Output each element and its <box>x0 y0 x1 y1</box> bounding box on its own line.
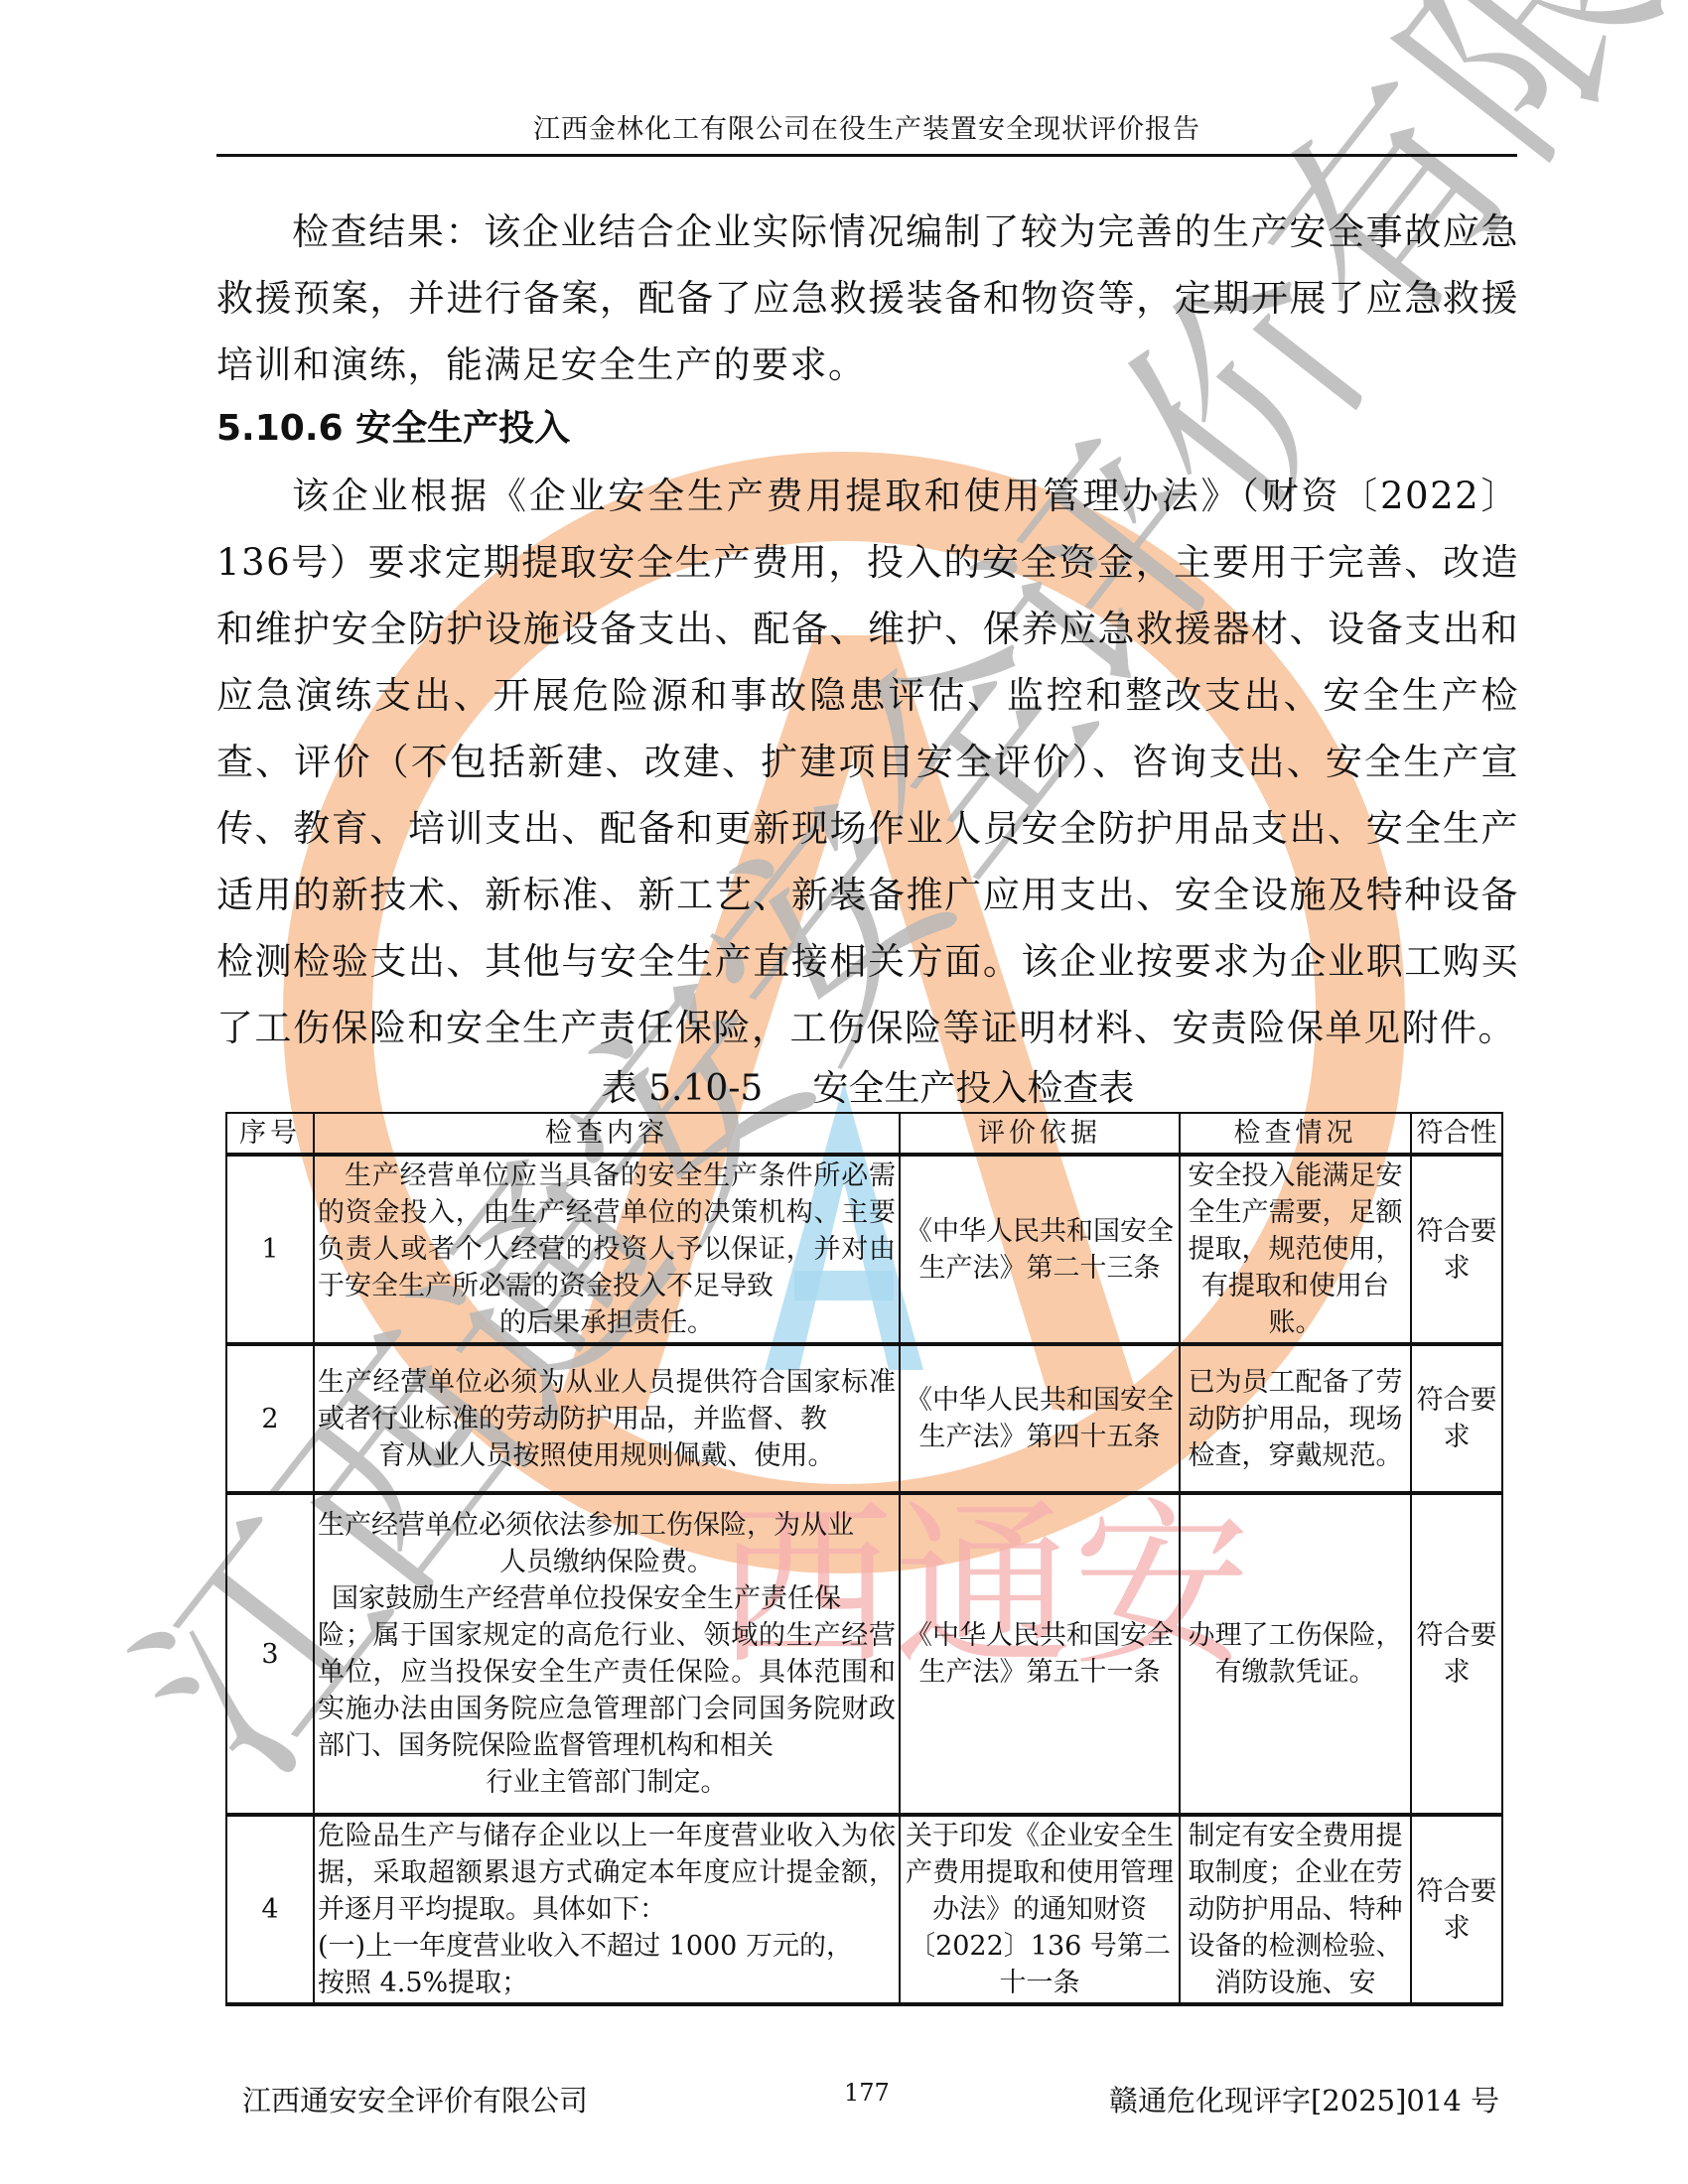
footer-company: 江西通安安全评价有限公司 <box>242 2079 588 2119</box>
row-basis: 《中华人民共和国安全生产法》第五十一条 <box>900 1493 1180 1815</box>
row-status: 制定有安全费用提取制度；企业在劳动防护用品、特种设备的检测检验、消防设施、安 <box>1180 1815 1411 2004</box>
safety-investment-paragraph: 该企业根据《企业安全生产费用提取和使用管理办法》（财资〔2022〕136号）要求… <box>216 463 1519 1061</box>
row-compliance: 符合要求 <box>1411 1155 1502 1344</box>
safety-investment-check-table: 序号 检查内容 评价依据 检查情况 符合性 1 生产经营单位应当具备的安全生产条… <box>225 1112 1503 2006</box>
row-content: 生产经营单位必须为从业人员提供符合国家标准或者行业标准的劳动防护用品，并监督、教… <box>314 1344 900 1493</box>
table-number: 表 5.10-5 <box>602 1068 764 1109</box>
col-header-status: 检查情况 <box>1180 1113 1411 1155</box>
col-header-compliance: 符合性 <box>1411 1113 1502 1155</box>
table-row: 3 生产经营单位必须依法参加工伤保险，为从业 人员缴纳保险费。 国家鼓励生产经营… <box>226 1493 1502 1815</box>
footer-page-number: 177 <box>844 2079 890 2107</box>
row-no: 1 <box>226 1155 314 1344</box>
inspection-result-paragraph: 检查结果：该企业结合企业实际情况编制了较为完善的生产安全事故应急救援预案，并进行… <box>216 199 1519 398</box>
table-row: 1 生产经营单位应当具备的安全生产条件所必需的资金投入，由生产经营单位的决策机构… <box>226 1155 1502 1344</box>
table-caption: 表 5.10-5安全生产投入检查表 <box>216 1060 1519 1111</box>
row-content: 生产经营单位应当具备的安全生产条件所必需的资金投入，由生产经营单位的决策机构、主… <box>314 1155 900 1344</box>
row-basis: 关于印发《企业安全生产费用提取和使用管理办法》的通知财资〔2022〕136 号第… <box>900 1815 1180 2004</box>
footer-report-number: 赣通危化现评字[2025]014 号 <box>1109 2079 1499 2119</box>
row-basis: 《中华人民共和国安全生产法》第四十五条 <box>900 1344 1180 1493</box>
row-basis: 《中华人民共和国安全生产法》第二十三条 <box>900 1155 1180 1344</box>
col-header-content: 检查内容 <box>314 1113 900 1155</box>
row-status: 已为员工配备了劳动防护用品，现场检查，穿戴规范。 <box>1180 1344 1411 1493</box>
table-header-row: 序号 检查内容 评价依据 检查情况 符合性 <box>226 1113 1502 1155</box>
row-no: 2 <box>226 1344 314 1493</box>
table-row: 4 危险品生产与储存企业以上一年度营业收入为依据，采取超额累退方式确定本年度应计… <box>226 1815 1502 2004</box>
row-content: 生产经营单位必须依法参加工伤保险，为从业 人员缴纳保险费。 国家鼓励生产经营单位… <box>314 1493 900 1815</box>
row-content: 危险品生产与储存企业以上一年度营业收入为依据，采取超额累退方式确定本年度应计提金… <box>314 1815 900 2004</box>
table-title-text: 安全生产投入检查表 <box>812 1068 1134 1109</box>
section-heading: 5.10.6 安全生产投入 <box>216 400 570 451</box>
row-compliance: 符合要求 <box>1411 1493 1502 1815</box>
header-divider <box>216 154 1517 157</box>
page-header-title: 江西金林化工有限公司在役生产装置安全现状评价报告 <box>216 107 1517 146</box>
row-compliance: 符合要求 <box>1411 1815 1502 2004</box>
row-compliance: 符合要求 <box>1411 1344 1502 1493</box>
row-no: 3 <box>226 1493 314 1815</box>
col-header-no: 序号 <box>226 1113 314 1155</box>
row-no: 4 <box>226 1815 314 2004</box>
row-status: 安全投入能满足安全生产需要，足额提取，规范使用，有提取和使用台账。 <box>1180 1155 1411 1344</box>
table-row: 2 生产经营单位必须为从业人员提供符合国家标准或者行业标准的劳动防护用品，并监督… <box>226 1344 1502 1493</box>
col-header-basis: 评价依据 <box>900 1113 1180 1155</box>
row-status: 办理了工伤保险，有缴款凭证。 <box>1180 1493 1411 1815</box>
